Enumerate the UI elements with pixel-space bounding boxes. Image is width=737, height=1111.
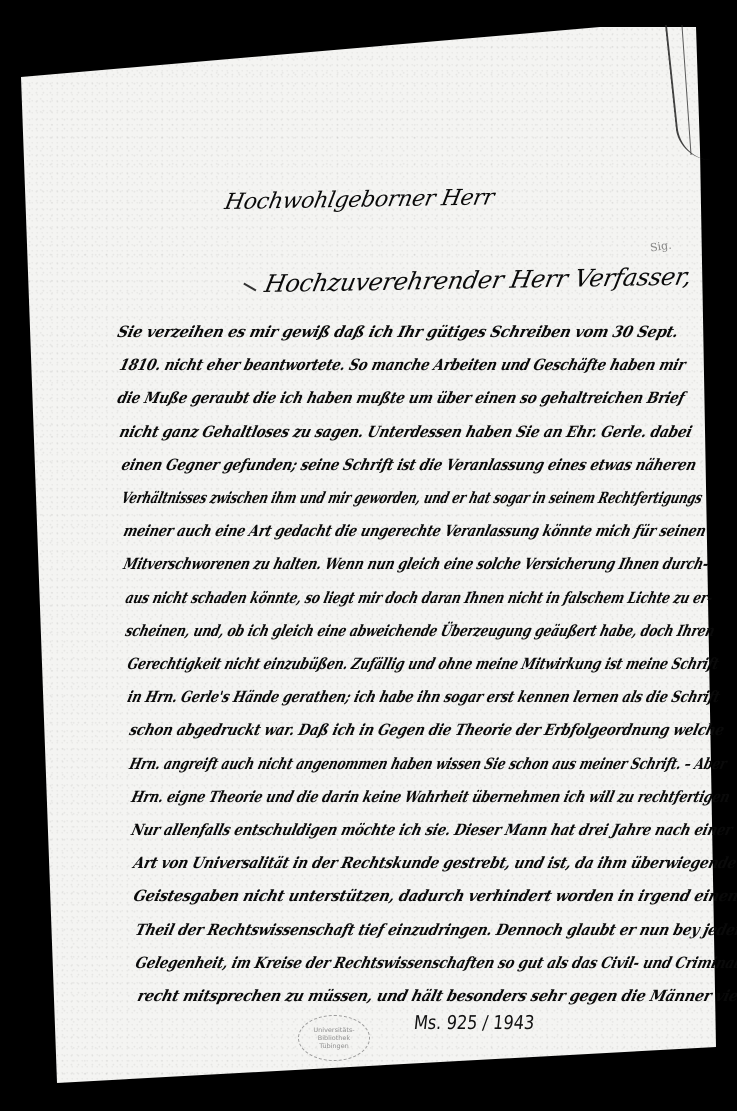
letter-line: in Hrn. Gerle's Hände gerathen; ich habe… bbox=[126, 687, 722, 706]
letter-line: Hrn. angreift auch nicht angenommen habe… bbox=[128, 754, 729, 773]
stamp-line: Tübingen bbox=[319, 1042, 349, 1050]
letter-line: Nur allenfalls entschuldigen möchte ich … bbox=[130, 820, 735, 839]
letter-line: einen Gegner gefunden; seine Schrift ist… bbox=[120, 455, 699, 474]
salutation-line-1: Hochwohlgeborner Herr bbox=[223, 185, 497, 215]
letter-line: Gelegenheit, im Kreise der Rechtswissens… bbox=[134, 953, 737, 972]
letter-line: Verhältnisses zwischen ihm und mir gewor… bbox=[120, 488, 705, 507]
stamp-line: Universitäts- bbox=[313, 1026, 354, 1034]
letter-line: meiner auch eine Art gedacht die ungerec… bbox=[122, 521, 708, 540]
letter-line: Theil der Rechtswissenschaft tief einzud… bbox=[134, 920, 737, 939]
letter-line: 1810. nicht eher beantwortete. So manche… bbox=[118, 355, 688, 374]
library-stamp: Universitäts- Bibliothek Tübingen bbox=[298, 1015, 370, 1061]
letter-line: recht mitsprechen zu müssen, und hält be… bbox=[136, 986, 737, 1005]
letter-line: Gerechtigkeit nicht einzubüßen. Zufällig… bbox=[126, 654, 721, 673]
shelfmark-label: Ms. 925 / 1943 bbox=[413, 1012, 536, 1034]
letter-line: nicht ganz Gehaltloses zu sagen. Unterde… bbox=[118, 422, 694, 441]
scan-viewport: Sig. Hochwohlgeborner Herr Hochzuverehre… bbox=[0, 0, 737, 1111]
letter-line: scheinen, und, ob ich gleich eine abweic… bbox=[124, 621, 717, 640]
letter-line: die Muße geraubt die ich haben mußte um … bbox=[116, 388, 687, 407]
letter-line: schon abgedruckt war. Daß ich in Gegen d… bbox=[128, 720, 727, 739]
letter-line: Geistesgaben nicht unterstützen, dadurch… bbox=[132, 886, 737, 905]
letter-line: Mitverschworenen zu halten. Wenn nun gle… bbox=[122, 554, 711, 573]
letter-line: Art von Universalität in der Rechtskunde… bbox=[132, 853, 737, 872]
letter-line: Hrn. eigne Theorie und die darin keine W… bbox=[130, 787, 732, 806]
stamp-line: Bibliothek bbox=[318, 1034, 350, 1042]
letter-line: Sie verzeihen es mir gewiß daß ich Ihr g… bbox=[116, 322, 681, 341]
letter-line: aus nicht schaden könnte, so liegt mir d… bbox=[124, 588, 715, 607]
